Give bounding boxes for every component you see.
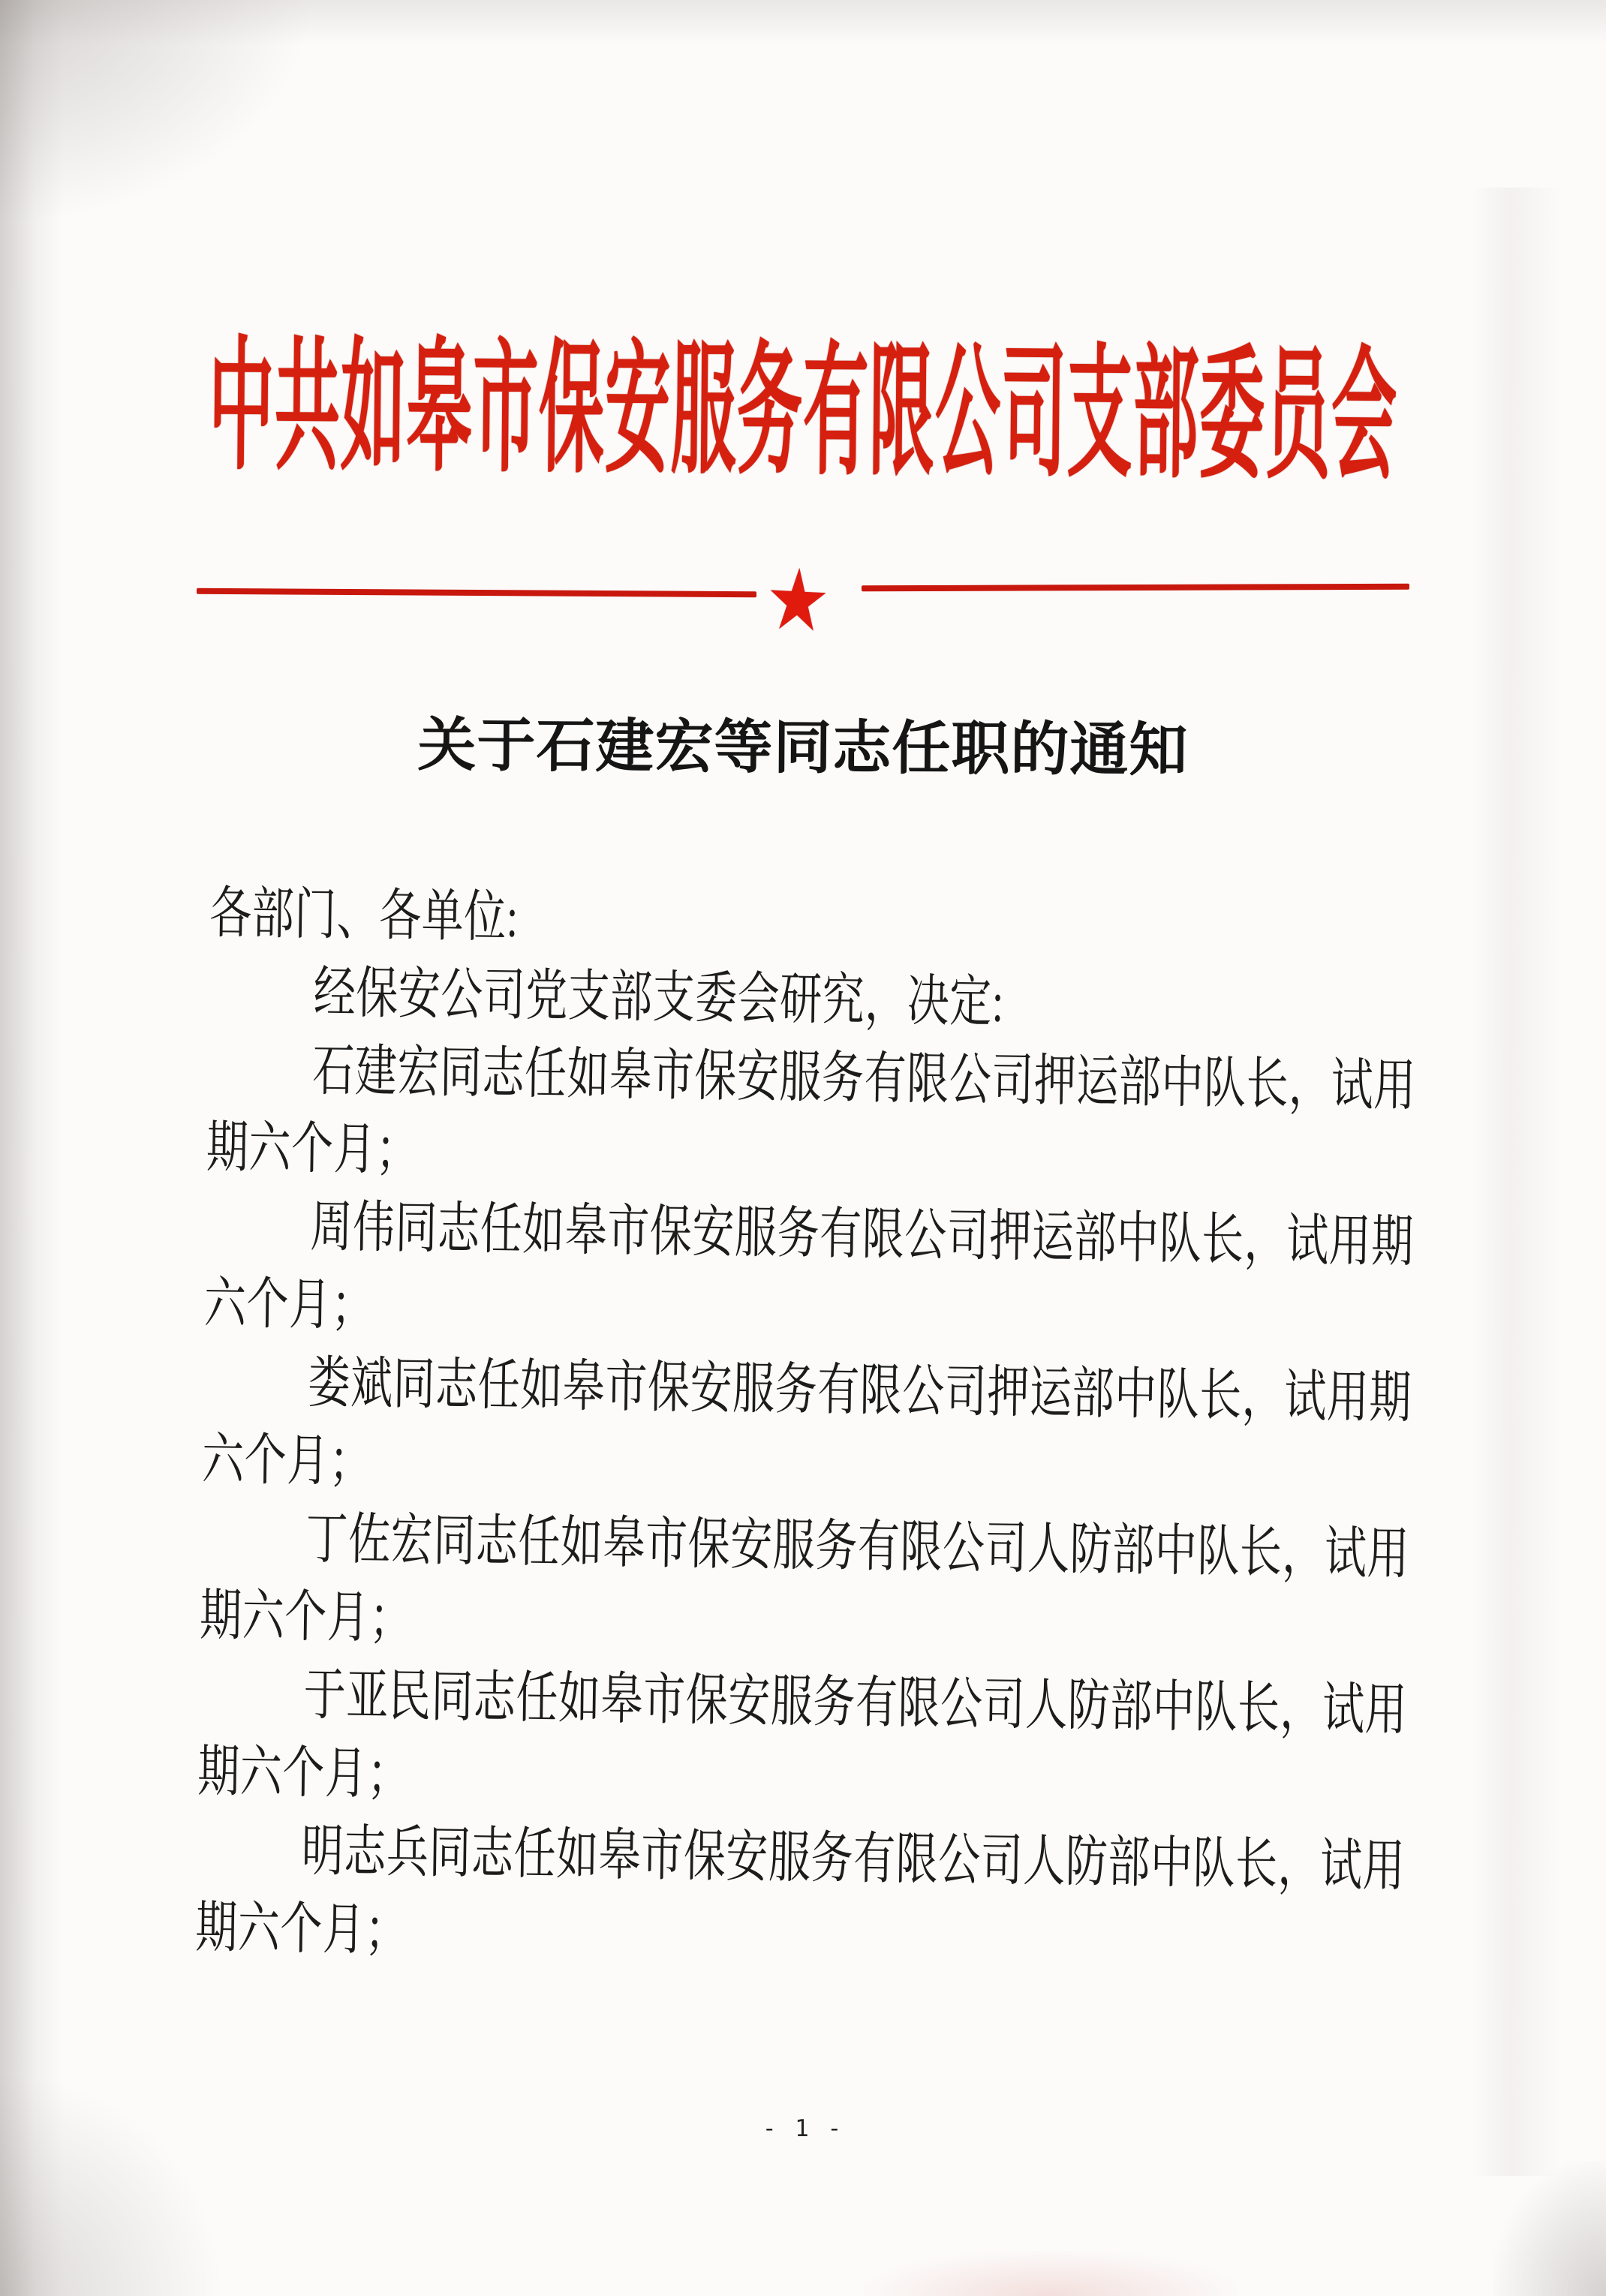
separator-rule-left <box>197 588 756 598</box>
scanned-document-page: { "colors":{ "letterhead_red":"#d6200f",… <box>0 0 1606 2296</box>
scan-shadow-top-edge <box>0 0 1606 45</box>
document-title: 关于石建宏等同志任职的通知 <box>0 706 1606 789</box>
document-body: 各部门、各单位: 经保安公司党支部支委会研究，决定: 石建宏同志任如皋市保安服务… <box>195 875 1418 1984</box>
page-number: - 1 - <box>0 2110 1606 2147</box>
scan-shadow-bottom-left-corner <box>0 2071 225 2296</box>
appointment-line-cont: 期六个月； <box>195 1889 1404 1984</box>
red-star-icon: ★ <box>753 539 842 663</box>
separator-rule-right <box>862 584 1409 592</box>
scan-shadow-top-left-corner <box>0 0 315 225</box>
letterhead-org-name: 中共如皋市保安服务有限公司支部委员会 <box>0 241 1606 585</box>
scan-smudge-bottom <box>863 2251 1238 2296</box>
scan-shadow-bottom-right-corner <box>1493 2161 1606 2296</box>
